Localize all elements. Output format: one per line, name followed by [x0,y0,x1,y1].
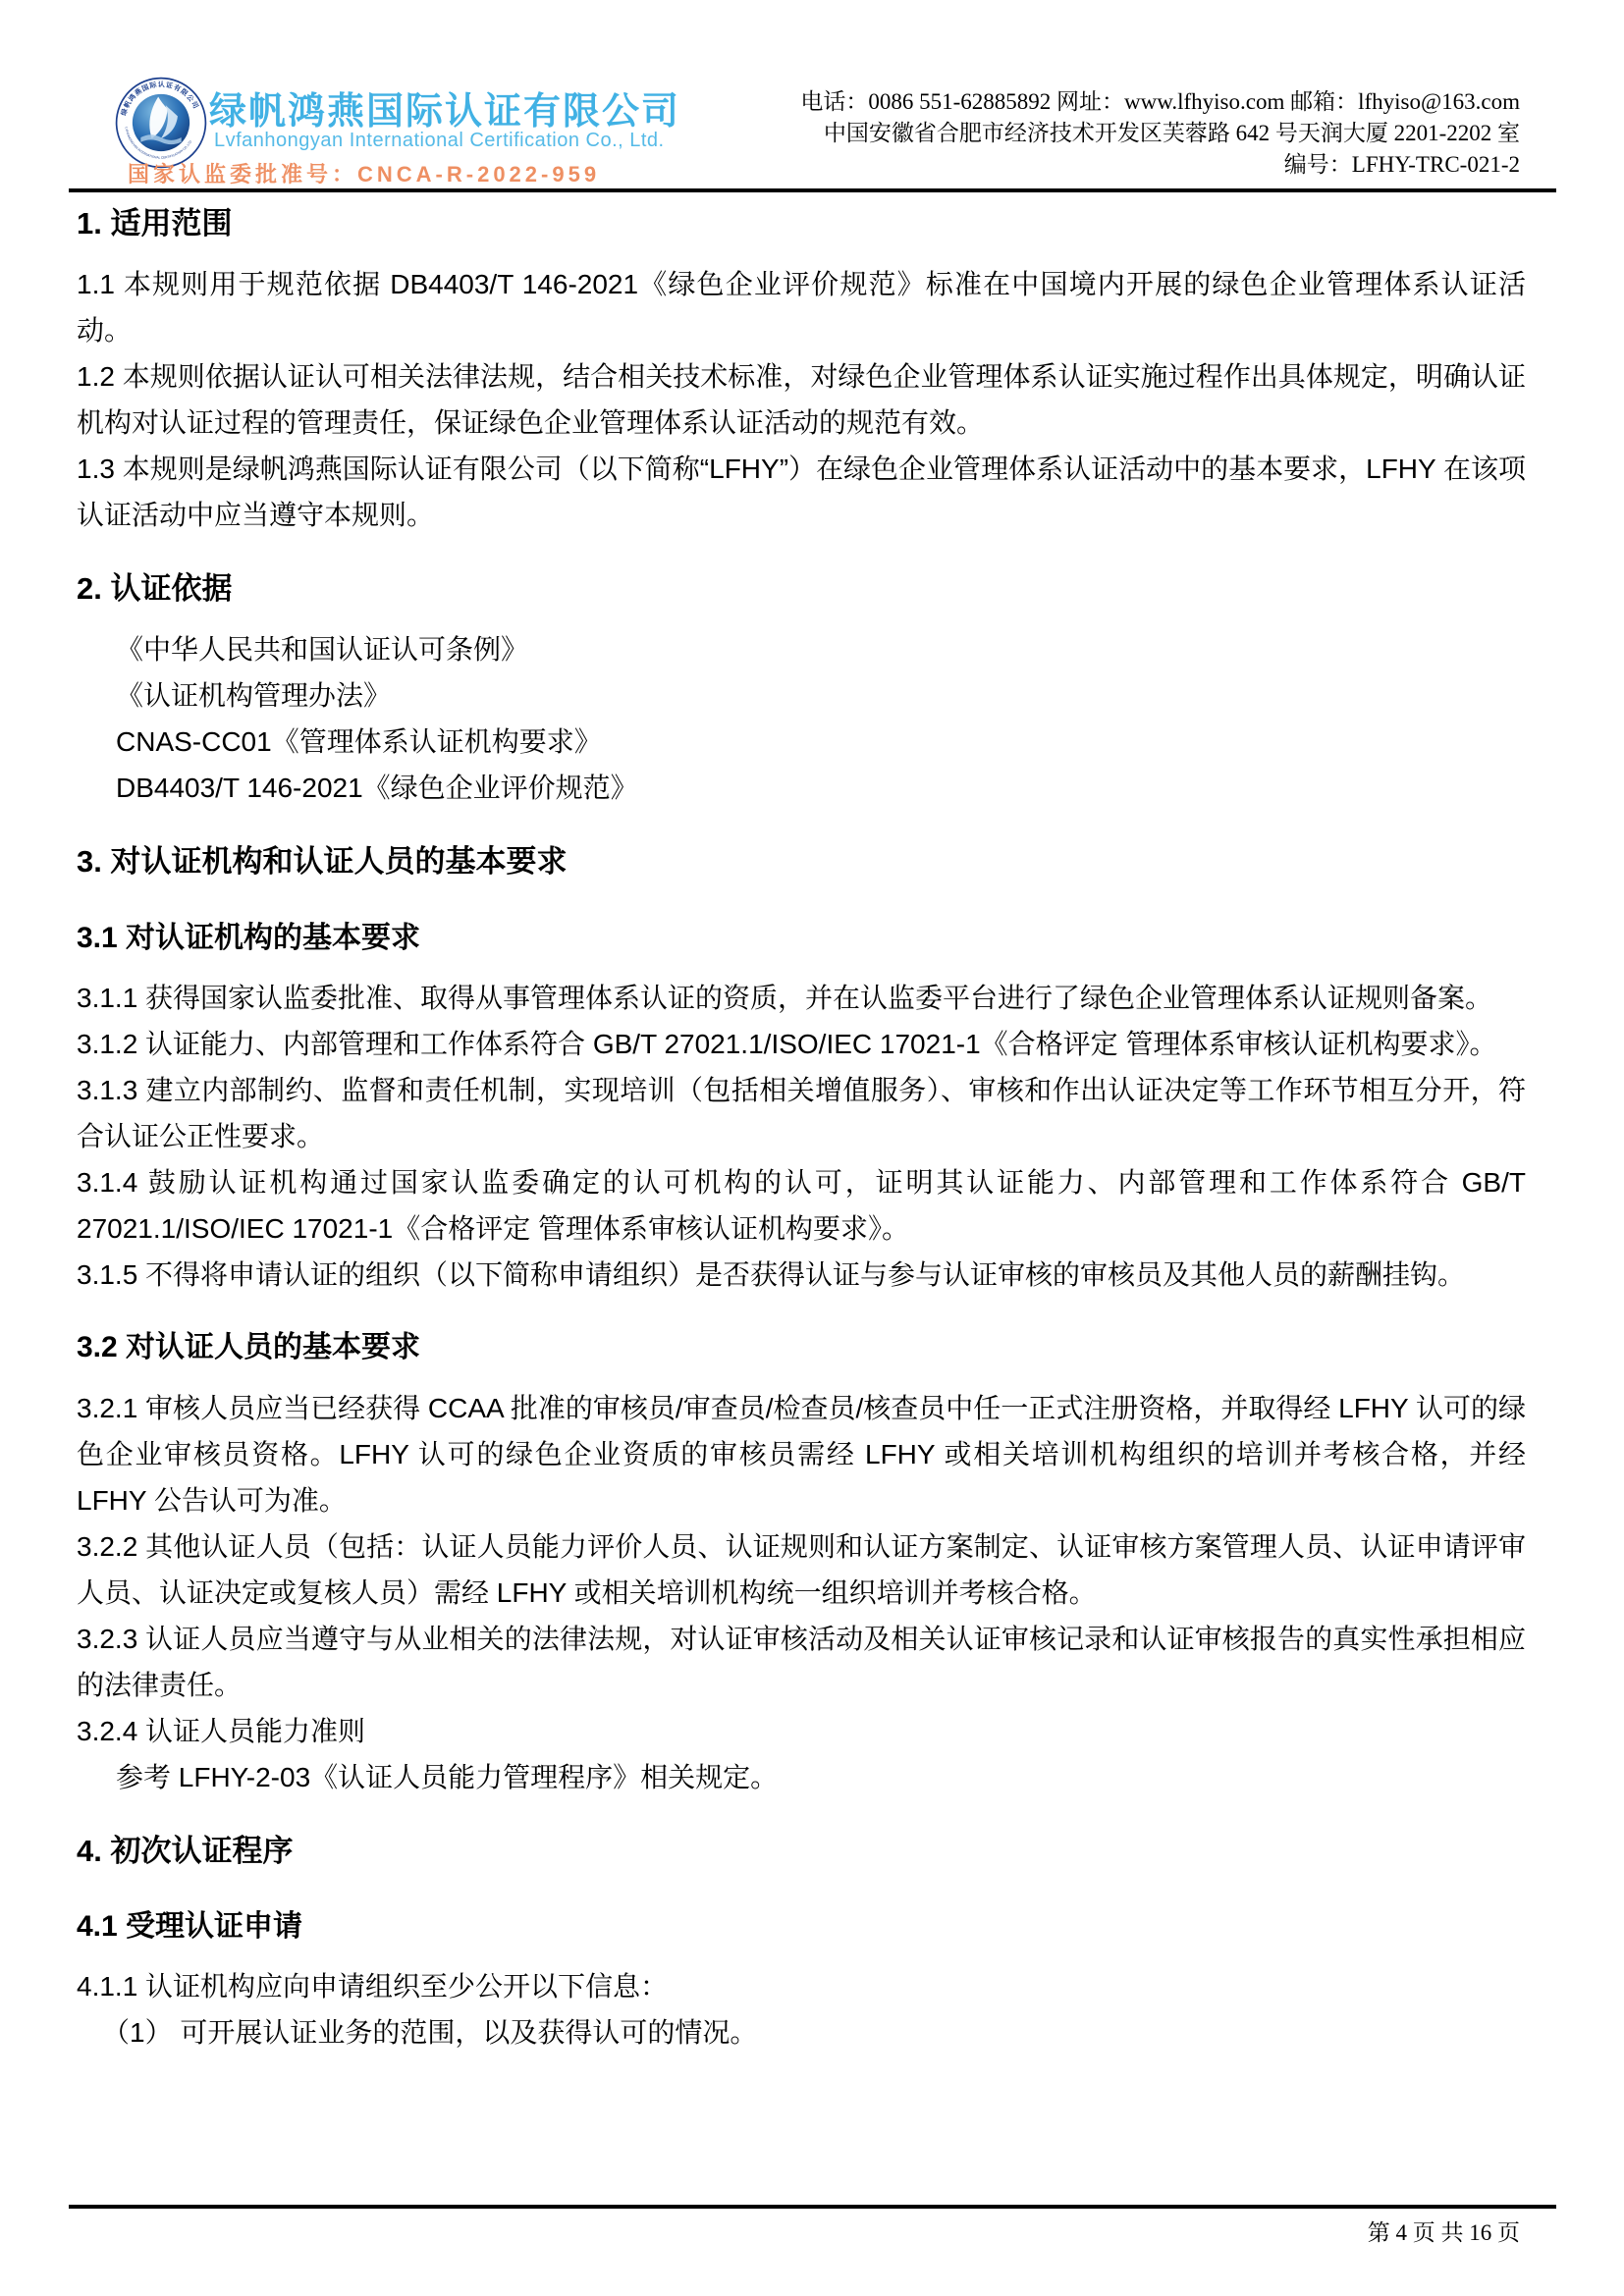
paragraph: 《中华人民共和国认证认可条例》 [77,626,1526,672]
paragraph: 3.1.1 获得国家认监委批准、取得从事管理体系认证的资质，并在认监委平台进行了… [77,975,1526,1021]
section-heading: 4. 初次认证程序 [77,1826,1526,1877]
paragraph: 3.2.1 审核人员应当已经获得 CCAA 批准的审核员/审查员/检查员/核查员… [77,1385,1526,1523]
page-number: 第 4 页 共 16 页 [1368,2220,1520,2245]
section-heading: 2. 认证依据 [77,563,1526,614]
paragraph: 3.2.3 认证人员应当遵守与从业相关的法律法规，对认证审核活动及相关认证审核记… [77,1616,1526,1708]
company-logo: 绿帆鸿燕国际认证有限公司 LVFANHONGYAN INTERNATIONAL … [115,77,207,169]
paragraph: （1） 可开展认证业务的范围，以及获得认可的情况。 [77,2009,1526,2056]
section-heading: 3. 对认证机构和认证人员的基本要求 [77,836,1526,887]
paragraph: 3.1.2 认证能力、内部管理和工作体系符合 GB/T 27021.1/ISO/… [77,1021,1526,1067]
paragraph: 3.1.5 不得将申请认证的组织（以下简称申请组织）是否获得认证与参与认证审核的… [77,1252,1526,1298]
approval-number: 国家认监委批准号：CNCA-R-2022-959 [128,158,600,188]
doc-number: 编号：LFHY-TRC-021-2 [800,149,1520,181]
section-heading: 1. 适用范围 [77,198,1526,249]
paragraph: CNAS-CC01《管理体系认证机构要求》 [77,719,1526,765]
paragraph: 1.2 本规则依据认证认可相关法律法规，结合相关技术标准，对绿色企业管理体系认证… [77,353,1526,446]
section-heading: 4.1 受理认证申请 [77,1902,1526,1951]
address-line: 中国安徽省合肥市经济技术开发区芙蓉路 642 号天润大厦 2201-2202 室 [800,118,1520,149]
section-heading: 3.1 对认证机构的基本要求 [77,914,1526,963]
contact-line: 电话：0086 551-62885892 网址：www.lfhyiso.com … [800,86,1520,118]
company-name-cn: 绿帆鸿燕国际认证有限公司 [209,80,680,134]
company-name-en: Lvfanhongyan International Certification… [214,130,665,152]
paragraph: 3.2.2 其他认证人员（包括：认证人员能力评价人员、认证规则和认证方案制定、认… [77,1523,1526,1616]
paragraph: 3.2.4 认证人员能力准则 [77,1708,1526,1754]
document-page: 绿帆鸿燕国际认证有限公司 LVFANHONGYAN INTERNATIONAL … [0,0,1624,2296]
page-footer: 第 4 页 共 16 页 [1368,2215,1520,2247]
footer-divider [69,2205,1556,2209]
paragraph: 1.1 本规则用于规范依据 DB4403/T 146-2021《绿色企业评价规范… [77,261,1526,353]
paragraph: 《认证机构管理办法》 [77,672,1526,719]
header-divider [69,188,1556,192]
document-body: 1. 适用范围1.1 本规则用于规范依据 DB4403/T 146-2021《绿… [77,194,1526,2056]
paragraph: 3.1.4 鼓励认证机构通过国家认监委确定的认可机构的认可，证明其认证能力、内部… [77,1159,1526,1252]
section-heading: 3.2 对认证人员的基本要求 [77,1323,1526,1372]
paragraph: 参考 LFHY-2-03《认证人员能力管理程序》相关规定。 [77,1754,1526,1800]
paragraph: 4.1.1 认证机构应向申请组织至少公开以下信息： [77,1963,1526,2009]
company-logo-emblem: 绿帆鸿燕国际认证有限公司 LVFANHONGYAN INTERNATIONAL … [115,77,207,169]
header-contact-block: 电话：0086 551-62885892 网址：www.lfhyiso.com … [800,86,1520,181]
document-header: 绿帆鸿燕国际认证有限公司 LVFANHONGYAN INTERNATIONAL … [0,0,1624,188]
paragraph: DB4403/T 146-2021《绿色企业评价规范》 [77,765,1526,811]
paragraph: 1.3 本规则是绿帆鸿燕国际认证有限公司（以下简称“LFHY”）在绿色企业管理体… [77,446,1526,538]
paragraph: 3.1.3 建立内部制约、监督和责任机制，实现培训（包括相关增值服务）、审核和作… [77,1067,1526,1159]
